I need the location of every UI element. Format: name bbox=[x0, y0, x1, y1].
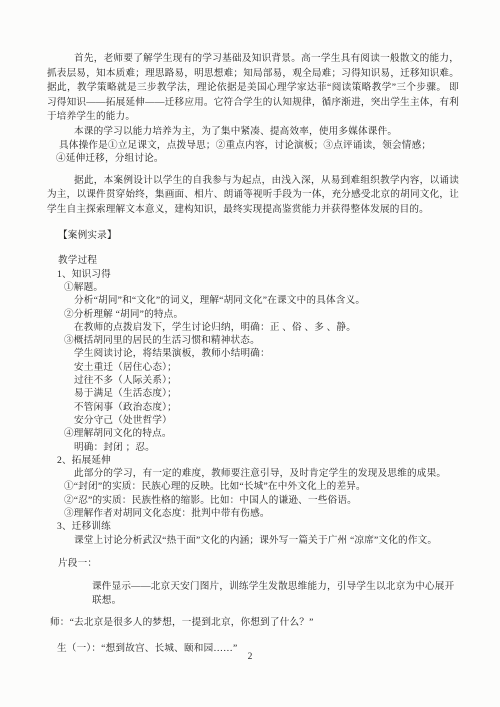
section-3-detail: 课堂上讨论分析武汉“热干面”文化的内涵；课外写一篇关于广州 “凉席”文化的作文。 bbox=[47, 534, 459, 547]
document-page: 首先，老师要了解学生现有的学习基础及知识背景。高一学生具有阅读一般散文的能力，抓… bbox=[0, 0, 500, 707]
section-3-heading: 3、迁移训练 bbox=[47, 520, 459, 533]
document-body: 首先，老师要了解学生现有的学习基础及知识背景。高一学生具有阅读一般散文的能力，抓… bbox=[47, 52, 459, 655]
courseware-note: 课件显示——北京天安门图片，训练学生发散思维能力，引导学生以北京为中心展开联想。 bbox=[47, 580, 459, 607]
teacher-speech: 师：“去北京是很多人的梦想，一提到北京，你想到了什么？” bbox=[47, 616, 459, 629]
item-1-3: ③概括胡同里的居民的生活习惯和精神状态。 bbox=[47, 334, 459, 347]
item-2-3: ③理解作者对胡同文化态度：批判中带有伤感。 bbox=[47, 507, 459, 520]
item-1-1-detail: 分析“胡同”和“文化”的词义，理解“胡同文化”在课文中的具体含义。 bbox=[47, 294, 459, 307]
intro-paragraph-1: 首先，老师要了解学生现有的学习基础及知识背景。高一学生具有阅读一般散文的能力，抓… bbox=[47, 52, 459, 125]
case-record-heading: 【案例实录】 bbox=[47, 229, 459, 242]
fragment-1-heading: 片段一： bbox=[47, 557, 459, 570]
item-1-4: ④理解胡同文化的特点。 bbox=[47, 427, 459, 440]
summary-item-1: 安土重迁（居住心态）； bbox=[47, 361, 459, 374]
summary-item-2: 过往不多（人际关系）； bbox=[47, 374, 459, 387]
page-number: 2 bbox=[0, 652, 500, 662]
section-2-heading: 2、拓展延伸 bbox=[47, 454, 459, 467]
design-paragraph: 据此，本案例设计以学生的自我参与为起点，由浅入深，从易到难组织教学内容，以诵读为… bbox=[47, 174, 459, 218]
intro-paragraph-2: 本课的学习以能力培养为主，为了集中紧凑、提高效率，使用多媒体课件。 bbox=[47, 125, 459, 140]
teaching-process-heading: 教学过程 bbox=[47, 254, 459, 267]
item-2-1: ①“封闭”的实质：民族心理的反映。比如“长城”在中外文化上的差异。 bbox=[47, 480, 459, 493]
operation-steps-line-1: 具体操作是①立足课文，点拨导思；②重点内容，讨论演板；③点评诵读，领会情感； bbox=[47, 139, 459, 152]
item-1-2-detail: 在教师的点拨启发下，学生讨论归纳，明确：正 、俗 、多 、静。 bbox=[47, 321, 459, 334]
item-2-2: ②“忍”的实质：民族性格的缩影。比如：中国人的谦逊、一些俗语。 bbox=[47, 494, 459, 507]
operation-steps-line-2: ④延伸迁移，分组讨论。 bbox=[47, 152, 459, 165]
item-1-4-detail: 明确：封闭 ；忍。 bbox=[47, 441, 459, 454]
item-1-2: ②分析理解 “胡同”的特点。 bbox=[47, 308, 459, 321]
section-1-heading: 1、知识习得 bbox=[47, 268, 459, 281]
summary-item-5: 安分守己（处世哲学） bbox=[47, 414, 459, 427]
item-1-1: ①解题。 bbox=[47, 281, 459, 294]
summary-item-3: 易于满足（生活态度）； bbox=[47, 387, 459, 400]
item-1-3-detail: 学生阅读讨论，将结果演板，教师小结明确： bbox=[47, 347, 459, 360]
summary-item-4: 不管闲事（政治态度）； bbox=[47, 401, 459, 414]
section-2-intro: 此部分的学习，有一定的难度，教师要注意引导，及时肯定学生的发现及思维的成果。 bbox=[47, 467, 459, 480]
